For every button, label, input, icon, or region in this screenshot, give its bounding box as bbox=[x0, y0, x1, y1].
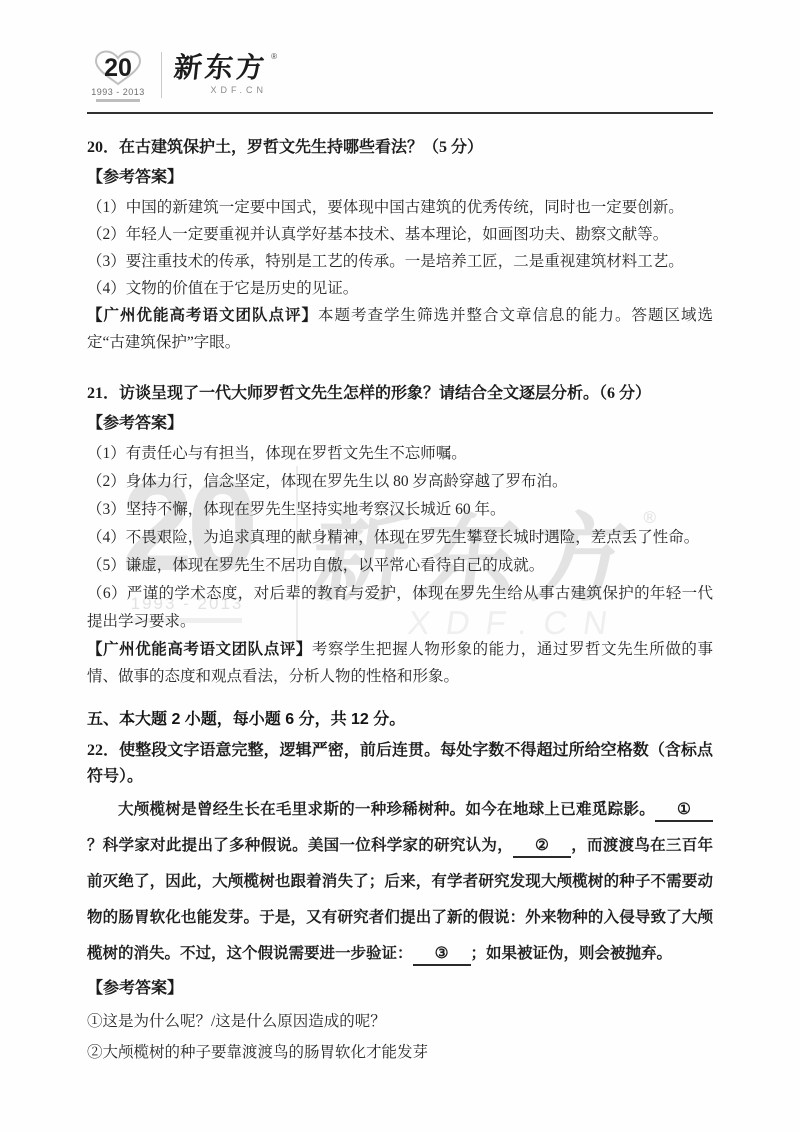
passage-text: 大颅榄树是曾经生长在毛里求斯的一种珍稀树种。如今在地球上已难觅踪影。 bbox=[118, 801, 655, 818]
anniversary-number: 20 bbox=[93, 50, 143, 86]
anniversary-years: 1993 - 2013 bbox=[87, 87, 149, 97]
answer-item: （2）年轻人一定要重视并认真学好基本技术、基本理论，如画图功夫、勘察文献等。 bbox=[87, 221, 713, 248]
answer-item: （4）不畏艰险，为追求真理的献身精神，体现在罗先生攀登长城时遇险，差点丢了性命。 bbox=[87, 524, 713, 552]
question-21-answers: （1）有责任心与有担当，体现在罗哲文先生不忘师嘱。 （2）身体力行，信念坚定，体… bbox=[87, 440, 713, 636]
question-20-answer-label: 【参考答案】 bbox=[87, 166, 713, 190]
logo-divider bbox=[161, 52, 162, 98]
header-rule bbox=[87, 112, 713, 114]
answer-item: （1）中国的新建筑一定要中国式，要体现中国古建筑的优秀传统，同时也一定要创新。 bbox=[87, 194, 713, 221]
question-22-answer-label: 【参考答案】 bbox=[87, 976, 713, 1002]
answer-item: （1）有责任心与有担当，体现在罗哲文先生不忘师嘱。 bbox=[87, 440, 713, 468]
blank-1: ① bbox=[655, 801, 713, 822]
document-content: 20 1993 - 2013 新东方 ® XDF.CN 20．在古建筑保护土，罗… bbox=[0, 0, 800, 1068]
anniversary-tagline-smudge bbox=[96, 99, 140, 102]
passage-text: ，而渡渡鸟在三百年前灭绝了，因此，大颅榄树也跟着消失了；后来，有学者研究发现大颅… bbox=[87, 837, 713, 962]
question-20-answers: （1）中国的新建筑一定要中国式，要体现中国古建筑的优秀传统，同时也一定要创新。 … bbox=[87, 194, 713, 302]
anniversary-badge: 20 1993 - 2013 bbox=[87, 50, 149, 102]
answer-item: （4）文物的价值在于它是历史的见证。 bbox=[87, 275, 713, 302]
answer-item: （5）谦虚，体现在罗先生不居功自傲，以平常心看待自己的成就。 bbox=[87, 552, 713, 580]
scanned-exam-page: 20 1993 - 2013 新东方 ® XDF.CN 20 1993 - 20… bbox=[0, 0, 800, 1131]
question-22-title: 22．使整段文字语意完整，逻辑严密，前后连贯。每处字数不得超过所给空格数（含标点… bbox=[87, 738, 713, 790]
header-logo: 20 1993 - 2013 新东方 ® XDF.CN bbox=[87, 0, 713, 106]
answer-item: （3）坚持不懈，体现在罗先生坚持实地考察汉长城近 60 年。 bbox=[87, 496, 713, 524]
question-21-answer-label: 【参考答案】 bbox=[87, 412, 713, 436]
team-comment-label: 【广州优能高考语文团队点评】 bbox=[87, 641, 312, 658]
question-20-title: 20．在古建筑保护土，罗哲文先生持哪些看法？（5 分） bbox=[87, 136, 713, 160]
question-20: 20．在古建筑保护土，罗哲文先生持哪些看法？（5 分） 【参考答案】 （1）中国… bbox=[87, 136, 713, 356]
answer-item: ②大颅榄树的种子要靠渡渡鸟的肠胃软化才能发芽 bbox=[87, 1037, 713, 1068]
answer-item: （3）要注重技术的传承，特别是工艺的传承。一是培养工匠，二是重视建筑材料工艺。 bbox=[87, 248, 713, 275]
answer-item: （6）严谨的学术态度，对后辈的教育与爱护，体现在罗先生给从事古建筑保护的年轻一代… bbox=[87, 580, 713, 636]
question-21-team-comment: 【广州优能高考语文团队点评】考察学生把握人物形象的能力，通过罗哲文先生所做的事情… bbox=[87, 636, 713, 690]
question-22-passage: 大颅榄树是曾经生长在毛里求斯的一种珍稀树种。如今在地球上已难觅踪影。①？科学家对… bbox=[87, 792, 713, 972]
answer-item: ①这是为什么呢？/这是什么原因造成的呢？ bbox=[87, 1006, 713, 1037]
registered-mark-icon: ® bbox=[271, 52, 277, 61]
section-5-heading: 五、本大题 2 小题，每小题 6 分，共 12 分。 bbox=[87, 708, 713, 732]
question-22-answers: ①这是为什么呢？/这是什么原因造成的呢？ ②大颅榄树的种子要靠渡渡鸟的肠胃软化才… bbox=[87, 1006, 713, 1068]
brand-logo: 新东方 bbox=[173, 54, 269, 82]
passage-text: ？科学家对此提出了多种假说。美国一位科学家的研究认为， bbox=[87, 837, 513, 854]
passage-text: ；如果被证伪，则会被抛弃。 bbox=[471, 945, 673, 962]
answer-item: （2）身体力行，信念坚定，体现在罗先生以 80 岁高龄穿越了罗布泊。 bbox=[87, 468, 713, 496]
brand-domain: XDF.CN bbox=[174, 85, 267, 95]
brand-block: 新东方 ® XDF.CN bbox=[174, 50, 267, 95]
question-21-title: 21．访谈呈现了一代大师罗哲文先生怎样的形象？请结合全文逐层分析。（6 分） bbox=[87, 382, 713, 406]
question-21: 21．访谈呈现了一代大师罗哲文先生怎样的形象？请结合全文逐层分析。（6 分） 【… bbox=[87, 382, 713, 690]
question-20-team-comment: 【广州优能高考语文团队点评】本题考查学生筛选并整合文章信息的能力。答题区域选定“… bbox=[87, 302, 713, 356]
team-comment-label: 【广州优能高考语文团队点评】 bbox=[87, 307, 318, 324]
heart-icon: 20 bbox=[93, 50, 143, 86]
blank-3: ③ bbox=[413, 945, 471, 966]
blank-2: ② bbox=[513, 837, 571, 858]
question-22: 22．使整段文字语意完整，逻辑严密，前后连贯。每处字数不得超过所给空格数（含标点… bbox=[87, 738, 713, 1068]
